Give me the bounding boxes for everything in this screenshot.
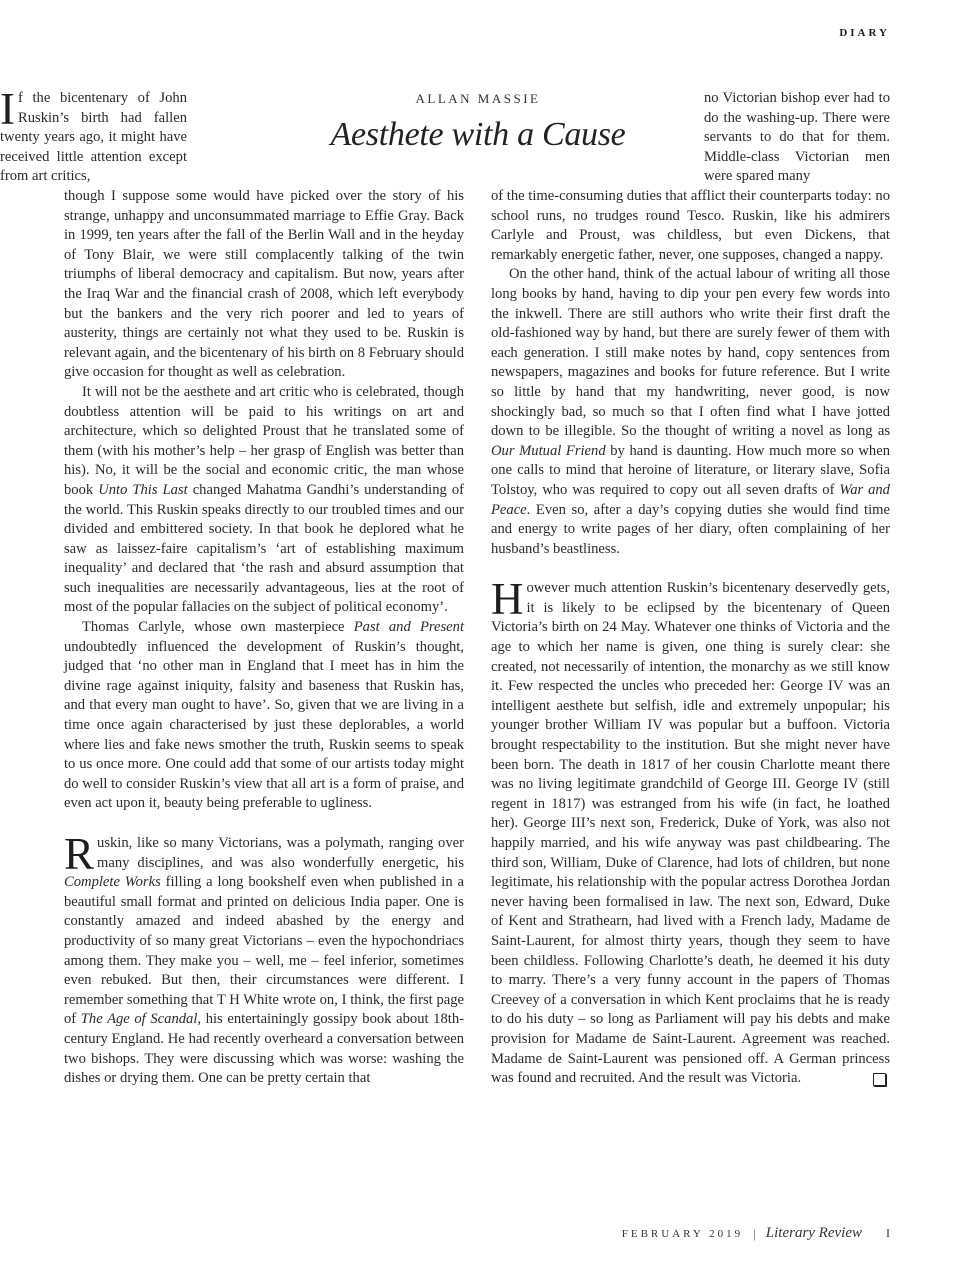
drop-cap-r: R [64,836,94,872]
left-column-intro: If the bicentenary of John Ruskin’s birt… [0,89,187,187]
paragraph: Thomas Carlyle, whose own masterpiece Pa… [64,618,464,814]
book-title: Complete Works [64,874,161,890]
text-run: . Even so, after a day’s copying duties … [491,502,890,557]
text-run: filling a long bookshelf even when publi… [64,874,464,1027]
right-column: of the time-consuming duties that afflic… [491,187,890,1089]
issue-date: FEBRUARY 2019 [622,1228,743,1240]
intro-text: f the bicentenary of John Ruskin’s birth… [0,90,187,184]
magazine-name: Literary Review [766,1225,862,1242]
book-title: Past and Present [354,619,464,635]
page-number: I [886,1226,890,1241]
article-title: Aesthete with a Cause [300,116,656,153]
left-column: though I suppose some would have picked … [64,187,464,1089]
footer-separator: | [753,1226,756,1242]
paragraph: of the time-consuming duties that afflic… [491,187,890,265]
text-run: On the other hand, think of the actual l… [491,266,890,439]
paragraph: though I suppose some would have picked … [64,187,464,383]
paragraph: Ruskin, like so many Victorians, was a p… [64,834,464,1089]
paragraph: However much attention Ruskin’s bicenten… [491,579,890,1088]
text-run: uskin, like so many Victorians, was a po… [97,835,464,871]
book-title: Our Mutual Friend [491,443,606,459]
end-of-article-icon [873,1073,886,1086]
text-run: undoubtedly influenced the development o… [64,639,464,812]
book-title: The Age of Scandal [81,1011,198,1027]
text-run: changed Mahatma Gandhi’s understanding o… [64,482,464,616]
text-run: It will not be the aesthete and art crit… [64,384,464,498]
drop-cap-h: H [491,581,524,617]
book-title: Unto This Last [98,482,188,498]
section-label: DIARY [839,27,890,39]
drop-cap-i: I [0,91,15,127]
right-intro-paragraph: no Victorian bishop ever had to do the w… [704,89,890,187]
intro-paragraph: If the bicentenary of John Ruskin’s birt… [0,89,187,187]
page-footer: FEBRUARY 2019 | Literary Review I [622,1225,890,1242]
author-byline: ALLAN MASSIE [330,91,626,107]
paragraph: It will not be the aesthete and art crit… [64,383,464,618]
right-column-intro: no Victorian bishop ever had to do the w… [704,89,890,187]
text-run: owever much attention Ruskin’s bicentena… [491,580,890,1086]
text-run: Thomas Carlyle, whose own masterpiece [82,619,354,635]
paragraph: On the other hand, think of the actual l… [491,265,890,559]
